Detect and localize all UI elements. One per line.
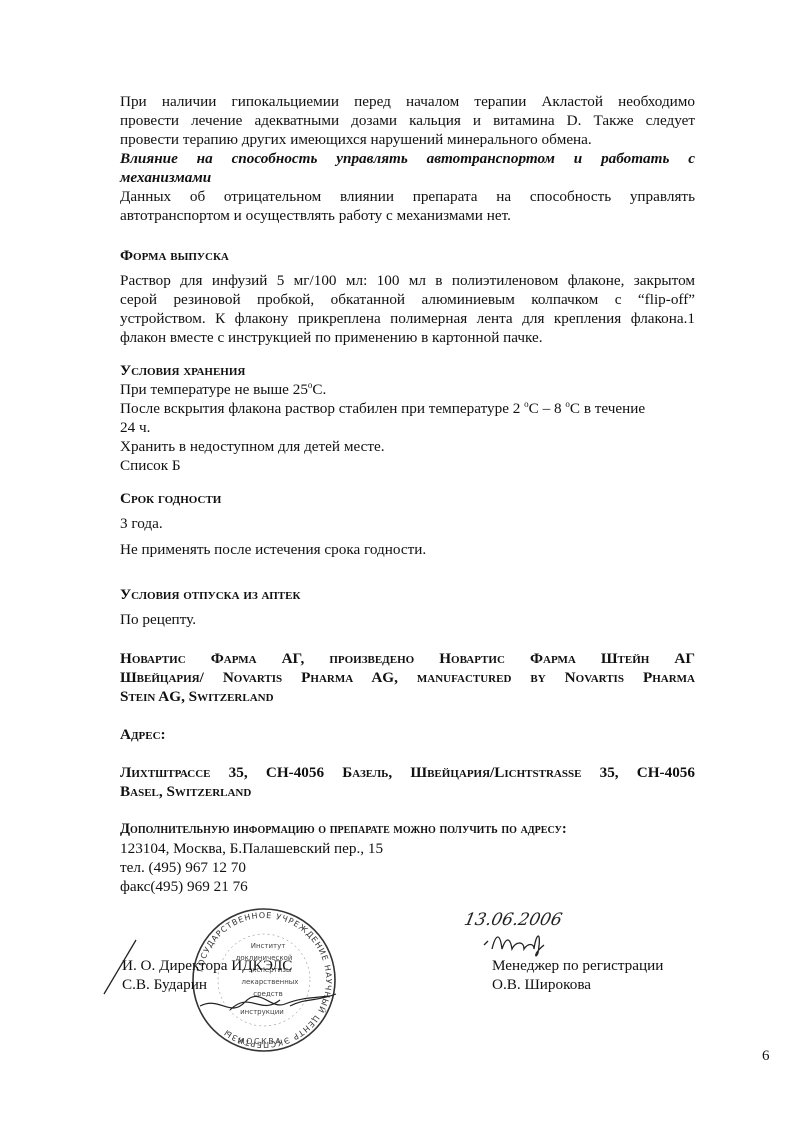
text-span: С – 8 xyxy=(529,400,566,417)
text-line: провести терапию других имеющихся наруше… xyxy=(120,130,695,149)
text-line: Данных об отрицательном влиянии препарат… xyxy=(120,187,695,206)
driving-subheading: Влияние на способность управлять автотра… xyxy=(120,149,695,187)
intro-paragraph: При наличии гипокальциемии перед началом… xyxy=(120,92,695,149)
more-info-address: 123104, Москва, Б.Палашевский пер., 15 xyxy=(120,839,695,858)
text-line: Хранить в недоступном для детей месте. xyxy=(120,437,695,456)
text-line: Раствор для инфузий 5 мг/100 мл: 100 мл … xyxy=(120,271,695,290)
text-line: Список Б xyxy=(120,456,695,475)
svg-text:инструкции: инструкции xyxy=(240,1008,284,1016)
signatory-name: О.В. Широкова xyxy=(492,975,663,994)
section-heading-release-form: Форма выпуска xyxy=(120,246,695,265)
storage-opened-line: После вскрытия флакона раствор стабилен … xyxy=(120,399,695,418)
section-heading-address: Адрес: xyxy=(120,725,695,744)
text-span: При температуре не выше 25 xyxy=(120,381,308,398)
release-form-paragraph: Раствор для инфузий 5 мг/100 мл: 100 мл … xyxy=(120,271,695,347)
address-block: Лихтштрассе 35, CH-4056 Базель, Швейцари… xyxy=(120,763,695,801)
section-heading-more-info: Дополнительную информацию о препарате мо… xyxy=(120,820,695,839)
section-heading-shelf-life: Срок годности xyxy=(120,489,695,508)
driving-paragraph: Данных об отрицательном влиянии препарат… xyxy=(120,187,695,225)
text-line: 24 ч. xyxy=(120,418,695,437)
manufacturer-line: Новартис Фарма АГ, произведено Новартис … xyxy=(120,649,695,668)
signatory-name: С.В. Бударин xyxy=(122,975,292,994)
manufacturer-block: Новартис Фарма АГ, произведено Новартис … xyxy=(120,649,695,706)
section-heading-dispensing: Условия отпуска из аптек xyxy=(120,585,695,604)
text-line: флакон вместе с инструкцией по применени… xyxy=(120,328,695,347)
handwritten-date: 13.06.2006 xyxy=(462,910,564,930)
manufacturer-line: Швейцария/ Novartis Pharma AG, manufactu… xyxy=(120,668,695,687)
signature-left: И. О. Директора ИДКЭЛС С.В. Бударин xyxy=(122,956,292,994)
signature-right: Менеджер по регистрации О.В. Широкова xyxy=(492,956,663,994)
handwritten-date-signature-icon: 13.06.2006 xyxy=(462,903,592,958)
svg-text:МОСКВА: МОСКВА xyxy=(238,1037,282,1046)
page-number: 6 xyxy=(762,1048,770,1065)
shelf-life-value: 3 года. xyxy=(120,514,695,533)
subheading-line: механизмами xyxy=(120,168,695,187)
manufacturer-line: Stein AG, Switzerland xyxy=(120,687,695,706)
storage-temp-line: При температуре не выше 25oС. xyxy=(120,380,695,399)
svg-text:Институт: Институт xyxy=(251,942,286,950)
more-info-phone: тел. (495) 967 12 70 xyxy=(120,858,695,877)
subheading-line: Влияние на способность управлять автотра… xyxy=(120,149,695,168)
signatory-title: Менеджер по регистрации xyxy=(492,956,663,975)
dispensing-value: По рецепту. xyxy=(120,610,695,629)
shelf-life-note: Не применять после истечения срока годно… xyxy=(120,540,695,559)
text-line: При наличии гипокальциемии перед началом… xyxy=(120,92,695,111)
address-line: Basel, Switzerland xyxy=(120,782,695,801)
signatory-title: И. О. Директора ИДКЭЛС xyxy=(122,956,292,975)
section-heading-storage: Условия хранения xyxy=(120,361,695,380)
document-page: При наличии гипокальциемии перед началом… xyxy=(120,92,695,896)
text-span: С в течение xyxy=(570,400,645,417)
text-span: После вскрытия флакона раствор стабилен … xyxy=(120,400,524,417)
text-line: провести лечение адекватными дозами каль… xyxy=(120,111,695,130)
text-span: С. xyxy=(312,381,326,398)
address-line: Лихтштрассе 35, CH-4056 Базель, Швейцари… xyxy=(120,763,695,782)
text-line: серой резиновой пробкой, обкатанной алюм… xyxy=(120,290,695,309)
text-line: автотранспортом и осуществлять работу с … xyxy=(120,206,695,225)
text-line: устройством. К флакону прикреплена полим… xyxy=(120,309,695,328)
more-info-fax: факс(495) 969 21 76 xyxy=(120,877,695,896)
